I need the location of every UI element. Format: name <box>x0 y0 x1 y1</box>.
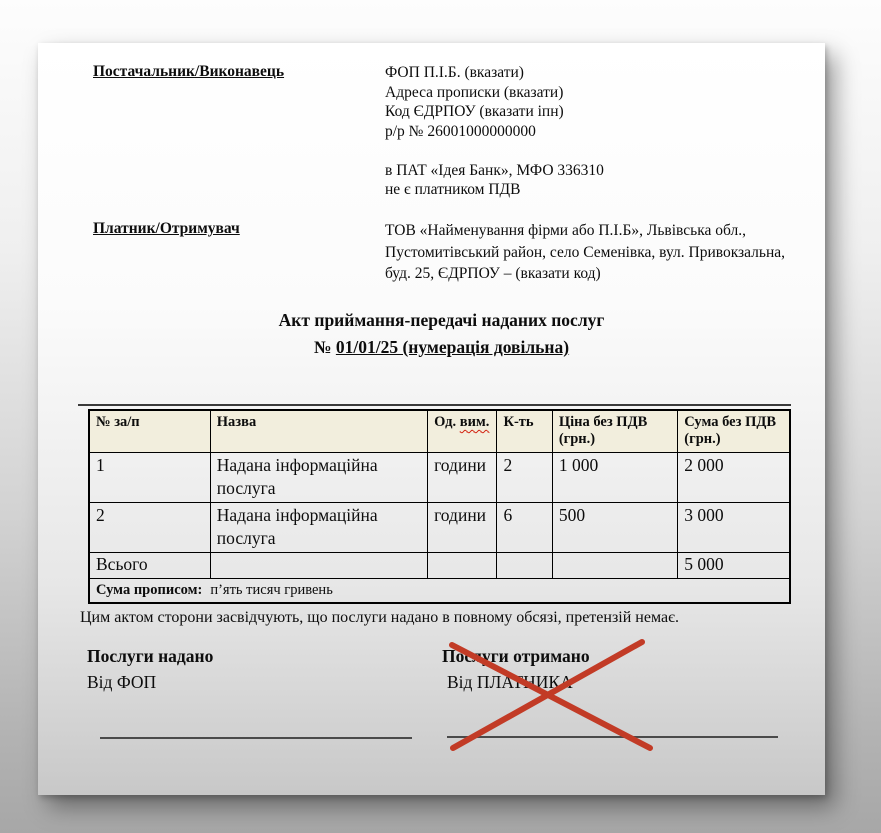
supplier-line: ФОП П.І.Б. (вказати) <box>385 63 604 83</box>
cell-number: 1 <box>89 453 210 503</box>
col-header-unit: Од. вим. <box>428 410 497 453</box>
document-page: Постачальник/Виконавець ФОП П.І.Б. (вказ… <box>38 43 825 795</box>
document-number: № 01/01/25 (нумерація довільна) <box>98 334 785 361</box>
document-number-value: 01/01/25 (нумерація довільна) <box>336 337 569 357</box>
amount-in-words-cell: Сума прописом:п’ять тисяч гривень <box>89 579 790 604</box>
table-row: 1 Надана інформаційна послуга години 2 1… <box>89 453 790 503</box>
amount-in-words-value: п’ять тисяч гривень <box>210 582 332 598</box>
cell-price: 1 000 <box>552 453 677 503</box>
cell-qty: 2 <box>497 453 552 503</box>
supplier-line: Код ЄДРПОУ (вказати іпн) <box>385 102 604 122</box>
spellcheck-wavy-underline: вим. <box>460 414 490 430</box>
payer-label: Платник/Отримувач <box>93 220 240 238</box>
services-given-title: Послуги надано <box>87 644 213 670</box>
closing-statement: Цим актом сторони засвідчують, що послуг… <box>80 609 679 627</box>
cell-qty: 6 <box>497 503 552 553</box>
payer-line: ТОВ «Найменування фірми або П.І.Б», Льві… <box>385 220 785 242</box>
cell-price: 500 <box>552 503 677 553</box>
amount-in-words-row: Сума прописом:п’ять тисяч гривень <box>89 579 790 604</box>
cell-unit: години <box>428 503 497 553</box>
payer-details: ТОВ «Найменування фірми або П.І.Б», Льві… <box>385 220 785 285</box>
empty-cell <box>497 553 552 579</box>
col-header-qty: К-ть <box>497 410 552 453</box>
services-given-block: Послуги надано Від ФОП <box>87 644 213 695</box>
cell-name: Надана інформаційна послуга <box>210 453 427 503</box>
number-sign: № <box>314 337 336 357</box>
cell-sum: 2 000 <box>678 453 790 503</box>
empty-cell <box>210 553 427 579</box>
supplier-line-blank <box>385 141 604 161</box>
cell-name: Надана інформаційна послуга <box>210 503 427 553</box>
col-header-name: Назва <box>210 410 427 453</box>
table-header-row: № за/п Назва Од. вим. К-ть Ціна без ПДВ … <box>89 410 790 453</box>
supplier-line: не є платником ПДВ <box>385 180 604 200</box>
cell-unit: години <box>428 453 497 503</box>
amount-in-words-label: Сума прописом: <box>96 582 202 598</box>
total-label: Всього <box>89 553 210 579</box>
payer-line: буд. 25, ЄДРПОУ – (вказати код) <box>385 263 785 285</box>
unit-label: Од. <box>434 414 460 430</box>
table-row: 2 Надана інформаційна послуга години 6 5… <box>89 503 790 553</box>
supplier-line: Адреса прописки (вказати) <box>385 83 604 103</box>
services-given-by: Від ФОП <box>87 670 213 696</box>
table-top-rule <box>78 404 791 406</box>
col-header-number: № за/п <box>89 410 210 453</box>
cell-number: 2 <box>89 503 210 553</box>
supplier-label: Постачальник/Виконавець <box>93 63 284 81</box>
supplier-details: ФОП П.І.Б. (вказати) Адреса прописки (вк… <box>385 63 604 200</box>
document-title: Акт приймання-передачі наданих послуг <box>98 307 785 334</box>
col-header-price: Ціна без ПДВ (грн.) <box>552 410 677 453</box>
total-value: 5 000 <box>678 553 790 579</box>
red-cross-mark-icon <box>443 633 663 758</box>
document-title-block: Акт приймання-передачі наданих послуг № … <box>98 307 785 361</box>
cell-sum: 3 000 <box>678 503 790 553</box>
empty-cell <box>428 553 497 579</box>
screenshot-background: { "supplier": { "label": "Постачальник/В… <box>0 0 881 833</box>
total-row: Всього 5 000 <box>89 553 790 579</box>
payer-line: Пустомитівський район, село Семенівка, в… <box>385 242 785 264</box>
supplier-line: в ПАТ «Ідея Банк», МФО 336310 <box>385 161 604 181</box>
services-table: № за/п Назва Од. вим. К-ть Ціна без ПДВ … <box>88 409 791 604</box>
signature-line-supplier <box>100 737 412 739</box>
empty-cell <box>552 553 677 579</box>
supplier-line: р/р № 26001000000000 <box>385 122 604 142</box>
col-header-sum: Сума без ПДВ (грн.) <box>678 410 790 453</box>
